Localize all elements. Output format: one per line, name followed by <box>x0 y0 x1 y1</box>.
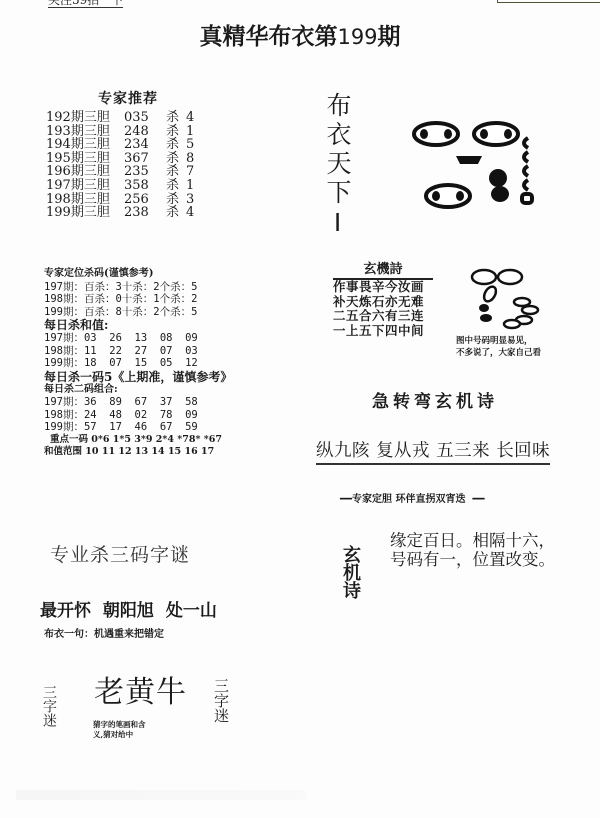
kill: 1 <box>186 125 194 139</box>
riddle-left-label: 三字迷 <box>41 685 56 727</box>
kill-label: 杀 <box>166 152 186 166</box>
image-hint: 图中号码明显易见， 不多说了，大家自己看 <box>456 335 541 359</box>
sharp-turn-title: 急转弯玄机诗 <box>0 387 600 412</box>
nums: 234 <box>124 138 166 152</box>
key-code: 重点一码 0*6 1*5 3*9 2*4 *78* *67 <box>44 434 232 447</box>
kill-label: 杀 <box>166 165 186 179</box>
kill-label: 杀 <box>166 179 186 193</box>
kill: 1 <box>186 179 194 193</box>
issue: 193期三胆 <box>46 125 124 139</box>
poem-line: 作事畏辛今汝画 <box>333 280 433 295</box>
daily-sum-kill-title: 每日杀和值: <box>44 318 232 332</box>
issue: 198期三胆 <box>46 193 124 207</box>
issue: 192期三胆 <box>46 111 124 125</box>
nums: 367 <box>124 152 166 166</box>
position-kill-row: 197期：百杀：3十杀：2个杀：5 <box>44 281 232 294</box>
kill-stats-block: 专家定位杀码(谨慎参考) 197期：百杀：3十杀：2个杀：5 198期：百杀：0… <box>44 268 232 459</box>
nums: 248 <box>124 125 166 139</box>
hint-line: 图中号码明显易见， <box>456 335 541 347</box>
issue: 197期三胆 <box>46 179 124 193</box>
kill: 4 <box>186 206 194 220</box>
kill-label: 杀 <box>166 125 186 139</box>
top-right-frame <box>497 0 600 3</box>
riddle-line: 最开怀 朝阳旭 处一山 <box>40 596 217 621</box>
xuanji-poem-box: 玄機詩 作事畏辛今汝画 补天炼石亦无难 二五合六有三连 一上五下四中间 <box>333 258 433 338</box>
list-item: 193期三胆248杀1 <box>46 125 194 139</box>
poem-line: 补天炼石亦无难 <box>333 295 433 310</box>
buyi-tianxia-label: 布衣天下I <box>322 92 352 241</box>
hint-line: 不多说了，大家自己看 <box>456 347 541 359</box>
list-item: 198期三胆256杀3 <box>46 193 194 207</box>
position-kill-row: 198期：百杀：0十杀：1个杀：2 <box>44 293 232 306</box>
coins-illustration-icon <box>410 120 540 220</box>
list-item: 196期三胆235杀7 <box>46 165 194 179</box>
poem-line: 缘定百日。相隔十六， <box>390 531 555 550</box>
kill: 8 <box>186 152 194 166</box>
xuanji-poem-title: 玄機詩 <box>333 258 433 280</box>
number-chain-illustration-icon <box>470 268 550 330</box>
nums: 256 <box>124 193 166 207</box>
issue: 194期三胆 <box>46 138 124 152</box>
kill-label: 杀 <box>166 138 186 152</box>
daily-sum-kill-row: 197期：03 26 13 08 09 <box>44 332 232 345</box>
daily-sum-kill-row: 199期：18 07 15 05 12 <box>44 357 232 370</box>
kill-label: 杀 <box>166 111 186 125</box>
issue: 195期三胆 <box>46 152 124 166</box>
riddle-right-label: 三字迷 <box>213 678 229 723</box>
list-item: 195期三胆367杀8 <box>46 152 194 166</box>
title-prefix: 真精华布衣第 <box>199 24 337 50</box>
list-item: 194期三胆234杀5 <box>46 138 194 152</box>
buyi-sentence: 布衣一句：机遇重来把错定 <box>44 625 164 640</box>
kill: 3 <box>186 193 194 207</box>
xuanji-shi-text: 缘定百日。相隔十六， 号码有一，位置改变。 <box>390 531 555 569</box>
footer-faded-bar <box>16 790 306 800</box>
kill: 7 <box>186 165 194 179</box>
nums: 235 <box>124 165 166 179</box>
riddle-title: 专业杀三码字谜 <box>50 540 190 567</box>
list-item: 192期三胆035杀4 <box>46 111 194 125</box>
list-item: 197期三胆358杀1 <box>46 179 194 193</box>
nums: 238 <box>124 206 166 220</box>
title-suffix: 期 <box>378 24 401 50</box>
sum-range: 和值范围 10 11 12 13 14 15 16 17 <box>44 446 232 459</box>
expert-picks-list: 192期三胆035杀4 193期三胆248杀1 194期三胆234杀5 195期… <box>46 111 194 220</box>
daily-one-kill: 每日杀一码5《上期准，谨慎参考》 <box>44 370 232 384</box>
xuanji-shi-label: 玄机诗 <box>336 545 364 599</box>
top-left-label: 关注59拍一下 <box>48 0 123 8</box>
position-kill-row: 199期：百杀：8十杀：2个杀：5 <box>44 306 232 319</box>
nums: 035 <box>124 111 166 125</box>
riddle-main-word: 老黄牛 <box>94 667 187 711</box>
issue: 196期三胆 <box>46 165 124 179</box>
daily-two-kill-row: 199期：57 17 46 67 59 <box>44 421 232 434</box>
page-title: 真精华布衣第199期 <box>0 18 600 51</box>
nums: 358 <box>124 179 166 193</box>
kill-label: 杀 <box>166 206 186 220</box>
expert-picks-title: 专家推荐 <box>98 88 158 108</box>
poem-line: 二五合六有三连 <box>333 309 433 324</box>
riddle-note: 猜字的笔画和含义,猜对给中 <box>93 720 153 740</box>
poem-line: 一上五下四中间 <box>333 324 433 339</box>
daily-sum-kill-row: 198期：11 22 27 07 03 <box>44 345 232 358</box>
list-item: 199期三胆238杀4 <box>46 206 194 220</box>
kill: 5 <box>186 138 194 152</box>
expert-fixed-line: ━━专家定胆 环伴直拐双宵迭 ━━ <box>340 490 485 505</box>
sharp-turn-line: 纵九陔 复从戎 五三来 长回味 <box>316 437 550 465</box>
kill-label: 杀 <box>166 193 186 207</box>
position-kill-title: 专家定位杀码(谨慎参考) <box>44 268 232 281</box>
poem-line: 号码有一，位置改变。 <box>390 550 555 569</box>
kill: 4 <box>186 111 194 125</box>
issue: 199期三胆 <box>46 206 124 220</box>
title-issue: 199 <box>337 25 377 49</box>
